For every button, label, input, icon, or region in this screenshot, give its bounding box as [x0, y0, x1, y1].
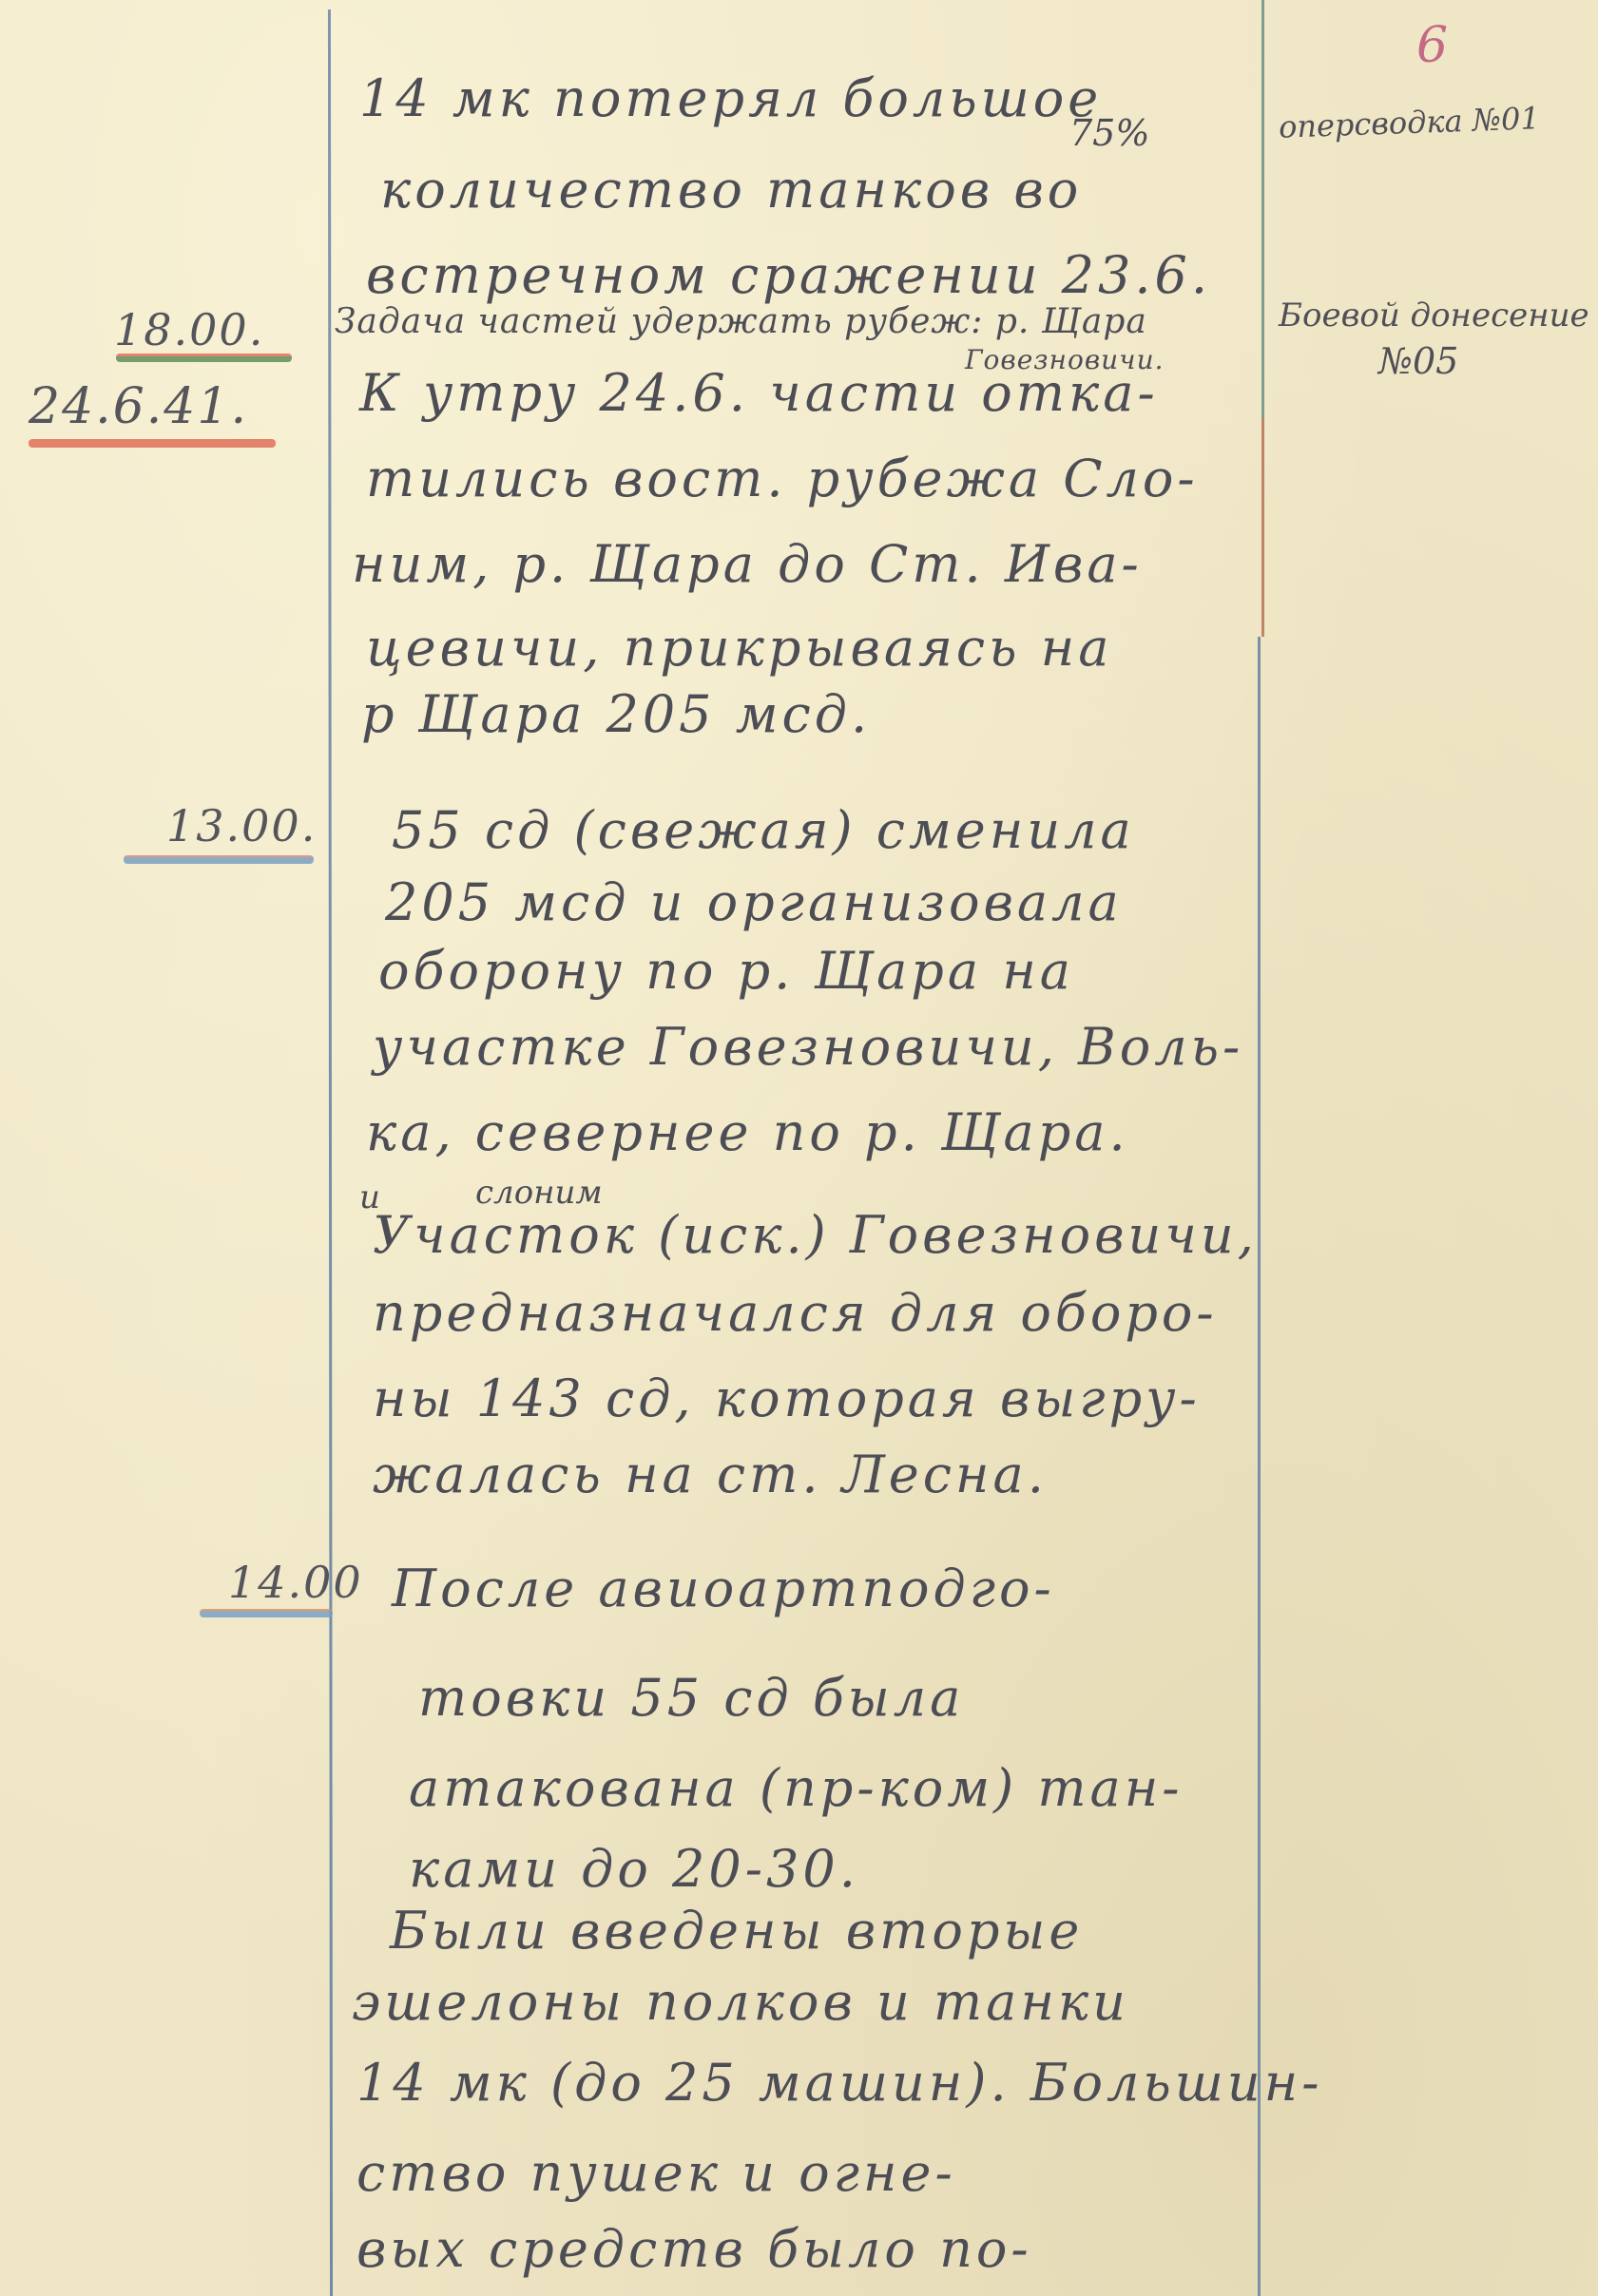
margin-time-18-00: 18.00. [114, 304, 264, 355]
text-line: 14 мк потерял большое [359, 68, 1243, 128]
text-line: К утру 24.6. части отка- [359, 363, 1243, 423]
text-line: ка, севернее по р. Щара. [366, 1102, 1250, 1162]
text-line: эшелоны полков и танки [352, 1972, 1236, 2032]
left-margin-rule [328, 10, 333, 2296]
underline-blue-2 [200, 1609, 333, 1617]
right-note-number: №05 [1378, 340, 1458, 382]
text-line: ство пушек и огне- [356, 2143, 1241, 2203]
right-margin-rule-red [1261, 418, 1264, 637]
text-line: количество танков во [380, 160, 1264, 220]
text-line: р Щара 205 мсд. [361, 684, 1245, 744]
right-note-opersvodka: оперсводка №01 [1278, 100, 1540, 145]
text-line: предназначался для оборо- [373, 1283, 1257, 1343]
text-line: Были введены вторые [390, 1901, 1274, 1961]
text-line: оборону по р. Щара на [378, 941, 1262, 1001]
margin-date-24-6-41: 24.6.41. [29, 378, 248, 435]
text-line: 14 мк (до 25 машин). Большин- [356, 2053, 1241, 2113]
text-line: 205 мсд и организовала [385, 872, 1269, 932]
page-number: 6 [1416, 17, 1448, 74]
text-line: жалась на ст. Лесна. [373, 1445, 1257, 1504]
text-line: цевичи, прикрываясь на [366, 618, 1250, 678]
text-line: После авиоартподго- [392, 1559, 1276, 1618]
text-line: Участок (иск.) Говезновичи, [373, 1205, 1257, 1265]
text-line: ним, р. Щара до Ст. Ива- [352, 534, 1236, 594]
text-line: участке Говезновичи, Воль- [373, 1017, 1257, 1077]
margin-time-13-00: 13.00. [166, 800, 317, 851]
text-line: ками до 20-30. [409, 1839, 1293, 1899]
text-line: Задача частей удержать рубеж: р. Щара [335, 302, 1219, 341]
text-line: 55 сд (свежая) сменила [392, 800, 1276, 860]
text-line: вых средств было по- [356, 2219, 1241, 2279]
underline-green-red [116, 354, 292, 362]
text-line: тились вост. рубежа Сло- [366, 449, 1250, 508]
right-note-boevoe-donesenie: Боевой донесение [1279, 297, 1589, 335]
text-line: товки 55 сд была [418, 1668, 1302, 1728]
journal-page: 6 оперсводка №01 Боевой донесение №05 18… [0, 0, 1598, 2296]
text-line: атакована (пр-ком) тан- [409, 1758, 1293, 1818]
margin-time-14-00: 14.00 [228, 1557, 363, 1608]
underline-blue [124, 855, 314, 864]
text-line: ны 143 сд, которая выгру- [373, 1368, 1257, 1428]
text-line: встречном сражении 23.6. [366, 245, 1250, 305]
underline-red [29, 439, 276, 448]
